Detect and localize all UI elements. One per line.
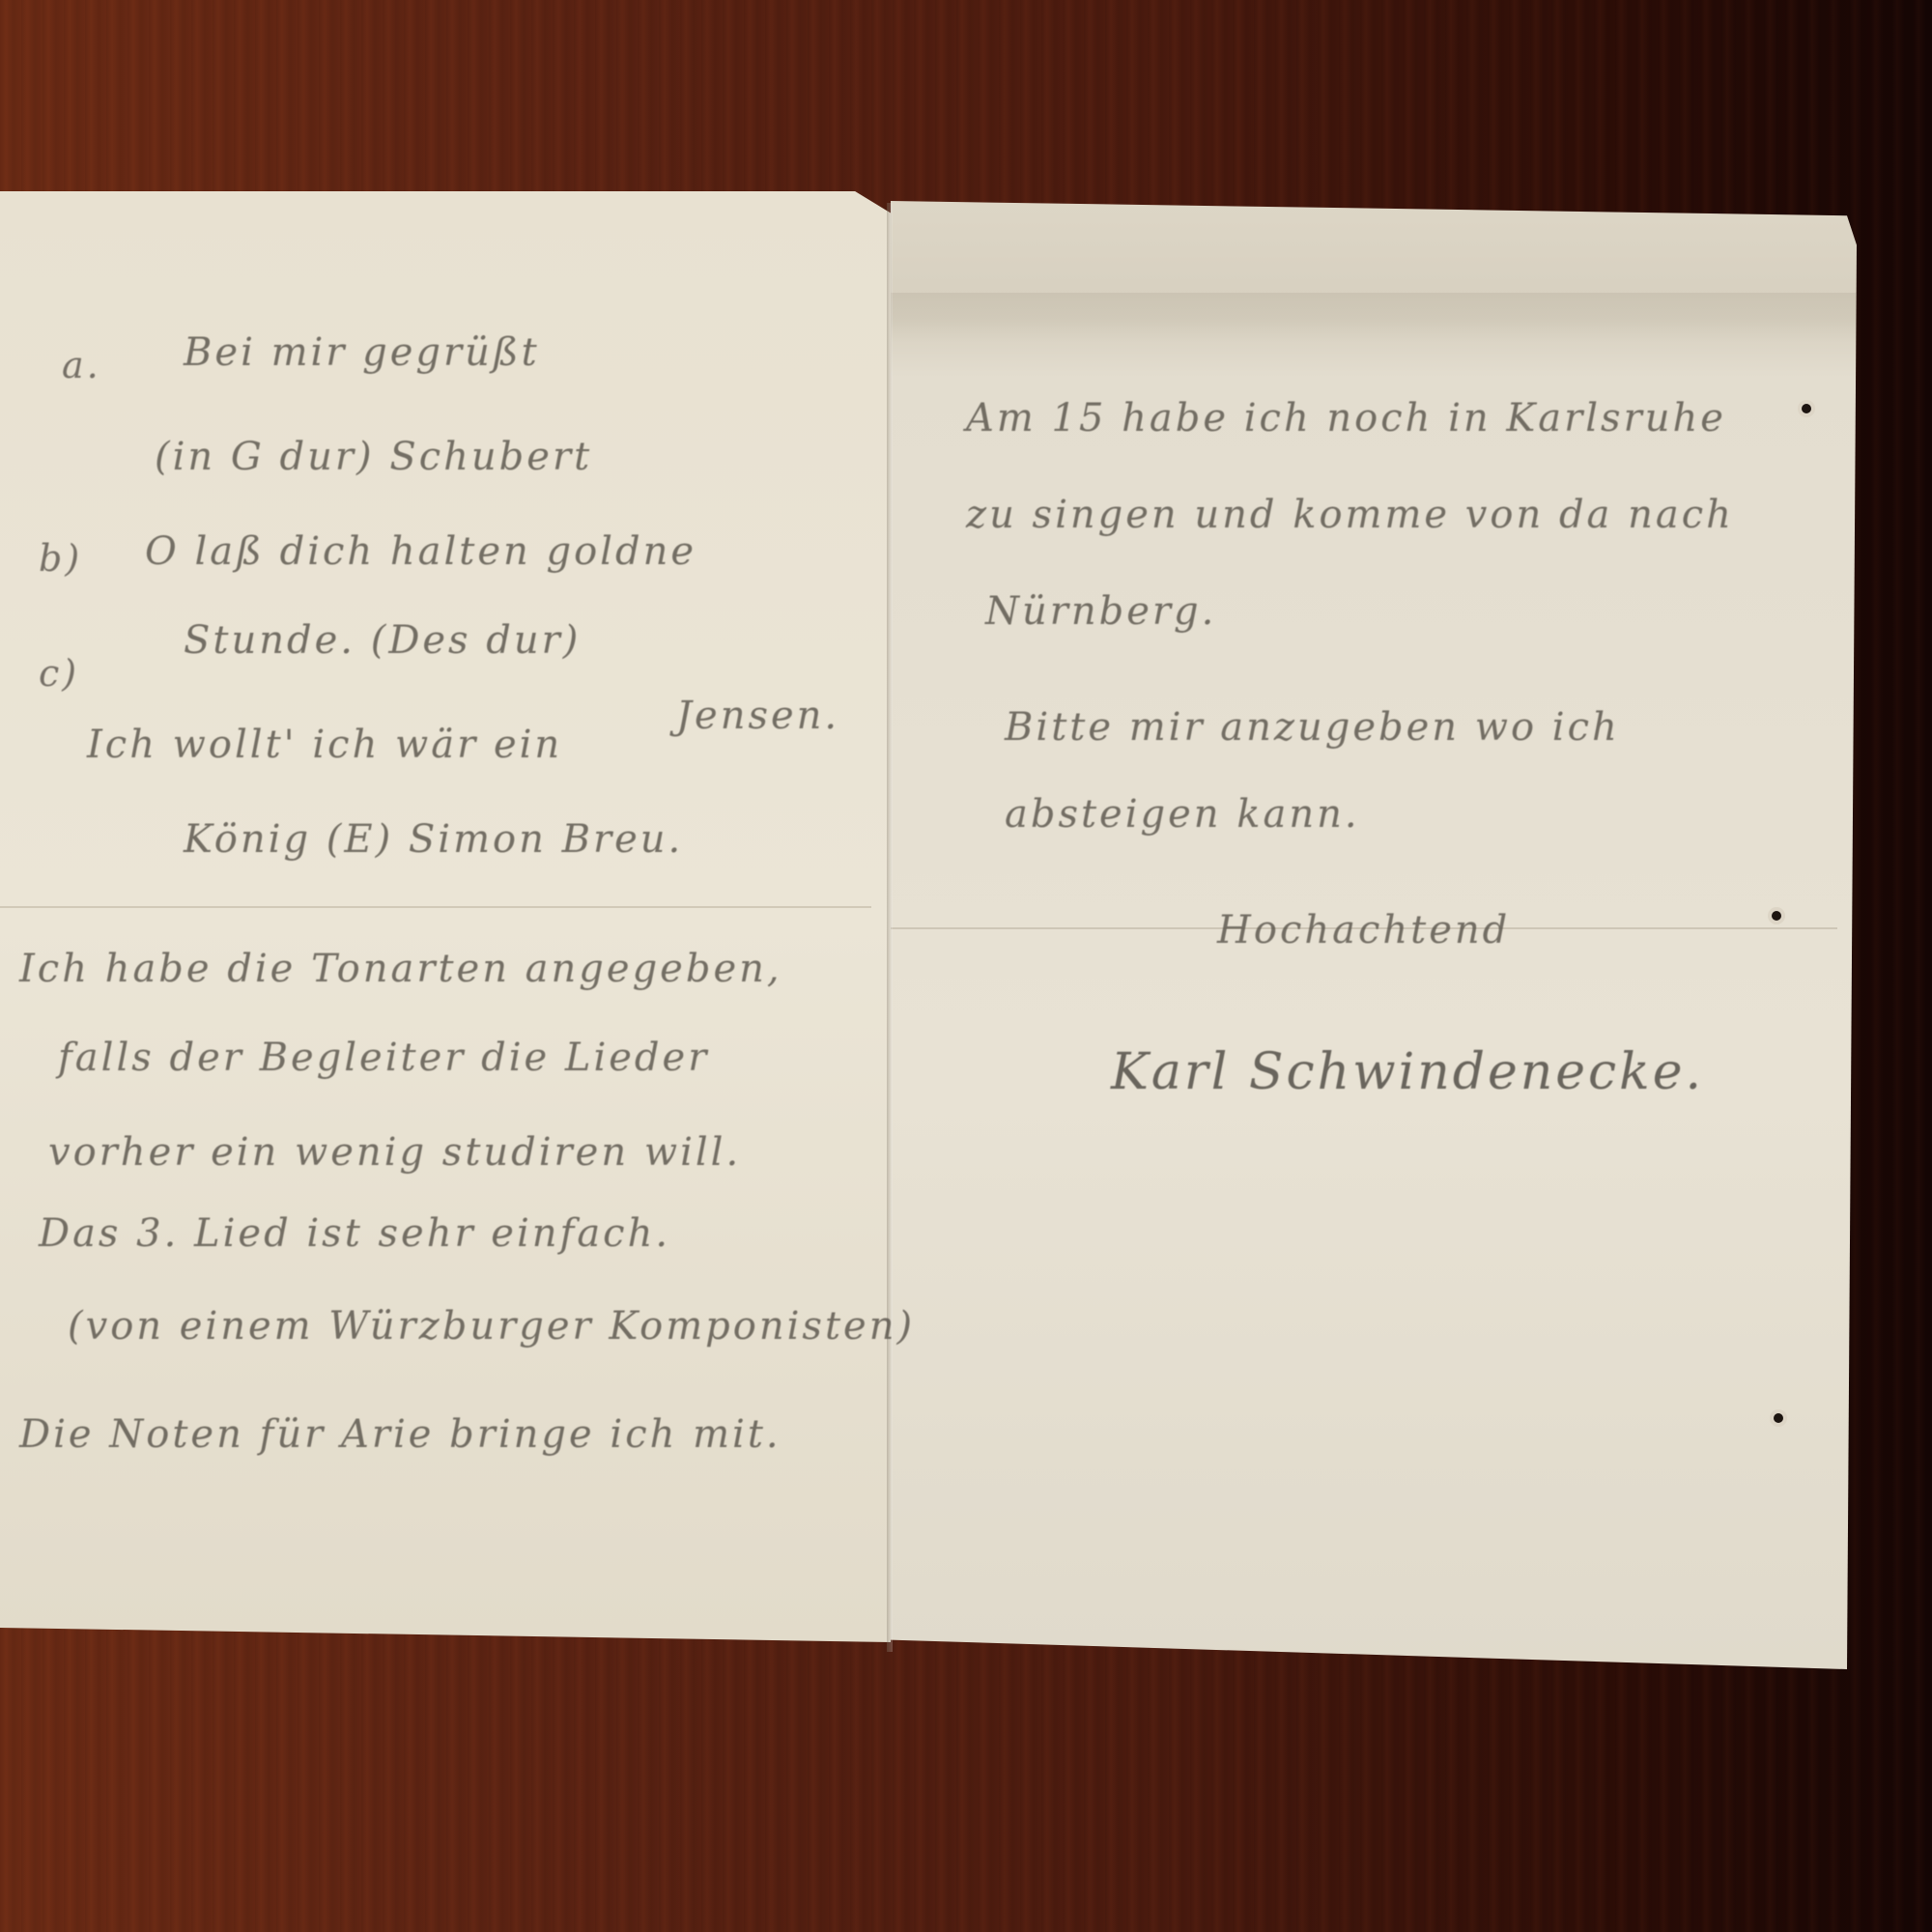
list-marker-a: a. [62,344,101,386]
handwritten-line: Die Noten für Arie bringe ich mit. [19,1412,781,1457]
handwritten-line: Das 3. Lied ist sehr einfach. [39,1211,670,1256]
paper-fold-shadow [891,293,1857,341]
handwritten-line: zu singen und komme von da nach [966,493,1734,537]
signature: Karl Schwindenecke. [1111,1043,1704,1101]
punch-hole [1772,911,1781,921]
handwritten-line: falls der Begleiter die Lieder [58,1036,709,1080]
list-marker-b: b) [39,537,82,580]
handwritten-line: (in G dur) Schubert [155,435,592,479]
punch-hole [1774,1413,1783,1423]
handwritten-line: absteigen kann. [1005,792,1360,837]
paper-fold-line [0,906,871,908]
handwritten-line: Nürnberg. [985,589,1216,634]
punch-hole [1802,404,1811,413]
handwritten-line: Bitte mir anzugeben wo ich [1005,705,1620,750]
handwritten-line: König (E) Simon Breu. [184,817,683,862]
handwritten-line: Jensen. [676,694,839,738]
handwritten-line: vorher ein wenig studiren will. [48,1130,741,1175]
handwritten-line: Ich habe die Tonarten angegeben, [19,947,782,991]
handwritten-line: Am 15 habe ich noch in Karlsruhe [966,396,1726,440]
handwritten-line: (von einem Würzburger Komponisten) [68,1304,915,1349]
handwritten-line: Stunde. (Des dur) [184,618,581,663]
closing-salutation: Hochachtend [1217,908,1510,952]
handwritten-line: O laß dich halten goldne [145,529,696,574]
page-spine-crease [887,203,893,1652]
list-marker-c: c) [39,652,79,695]
handwritten-line: Bei mir gegrüßt [184,330,540,375]
handwritten-line: Ich wollt' ich wär ein [87,723,562,767]
